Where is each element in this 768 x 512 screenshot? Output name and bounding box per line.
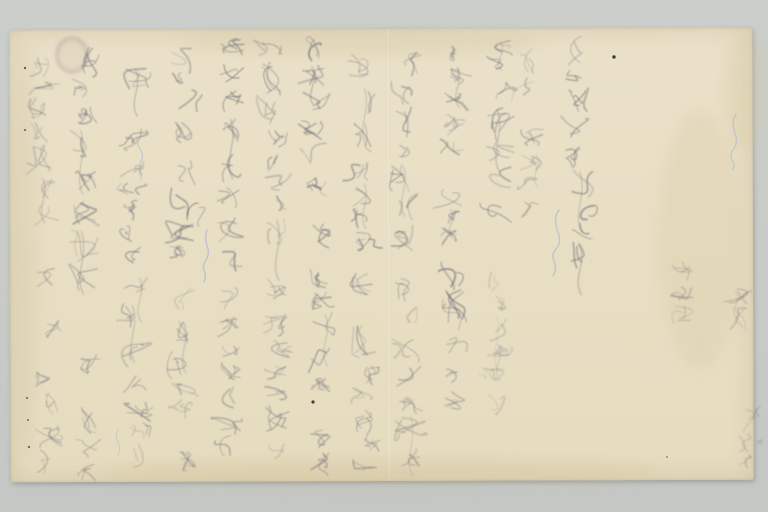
ink-stroke: [756, 406, 760, 416]
fold-crease: [386, 29, 391, 481]
manuscript-sheet: [9, 28, 754, 483]
photograph-background: [0, 0, 768, 512]
ink-stroke: [758, 440, 762, 444]
